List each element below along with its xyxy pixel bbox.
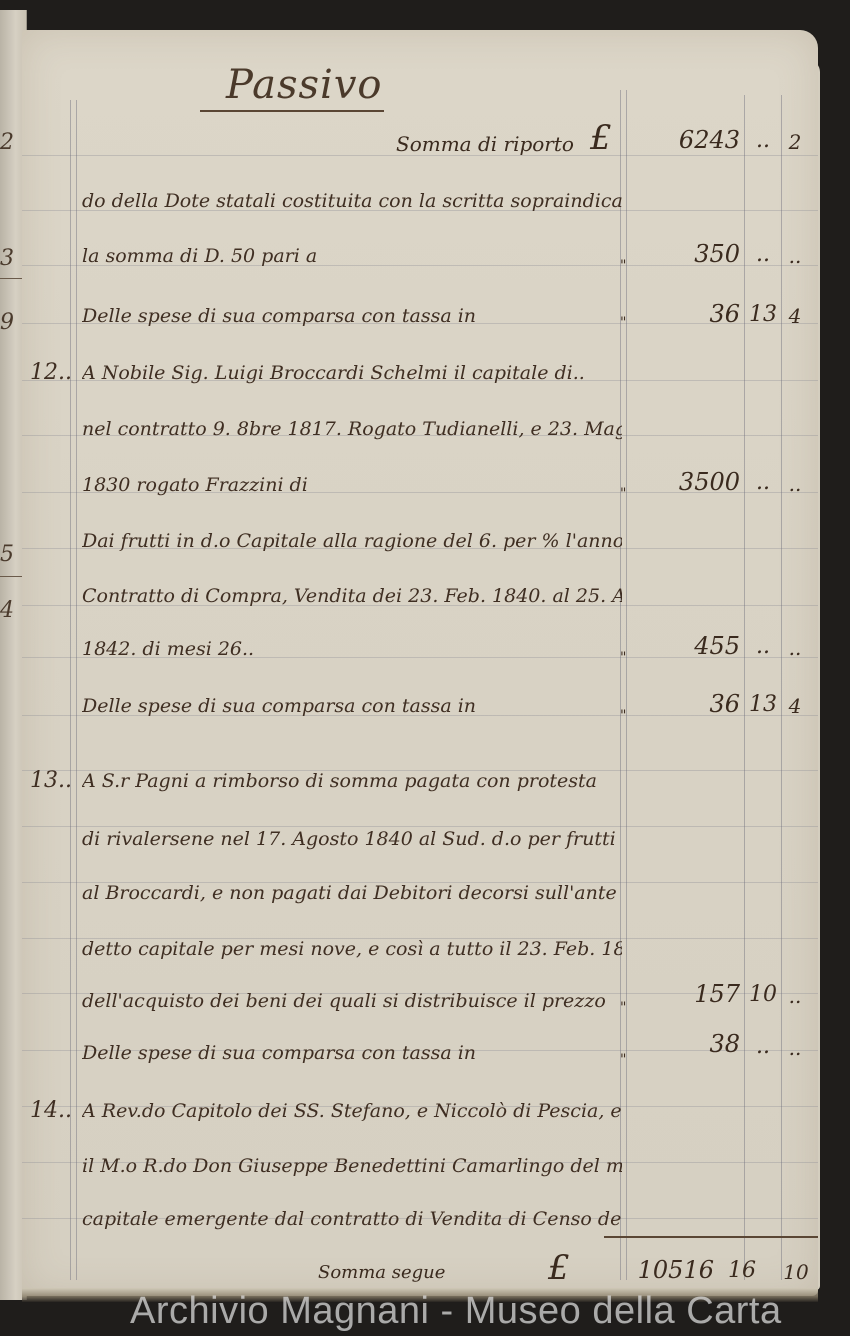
entry-line: Delle spese di sua comparsa con tassa in — [82, 305, 622, 327]
entry-lire: 36 — [640, 300, 740, 328]
title-underline — [200, 110, 384, 112]
entry-line: il M.o R.do Don Giuseppe Benedettini Cam… — [82, 1155, 622, 1177]
margin-column-line — [76, 100, 77, 1280]
margin-number: 3 — [0, 246, 14, 271]
entry-line: dell'acquisto dei beni dei quali si dist… — [82, 990, 622, 1012]
soldi-column-line — [744, 95, 745, 1280]
total-label: Somma segue — [318, 1262, 445, 1283]
entry-number: 12.. — [30, 360, 72, 385]
entry-denari: 4 — [780, 694, 810, 718]
entry-line: Delle spese di sua comparsa con tassa in — [82, 695, 622, 717]
entry-number: 13.. — [30, 768, 72, 793]
entry-number: 14.. — [30, 1098, 72, 1123]
margin-number: 5 — [0, 542, 14, 567]
entry-line: al Broccardi, e non pagati dai Debitori … — [82, 882, 622, 904]
entry-line: Contratto di Compra, Vendita dei 23. Feb… — [82, 585, 622, 607]
entry-line: di rivalersene nel 17. Agosto 1840 al Su… — [82, 828, 622, 850]
ditto-mark: " — [620, 650, 626, 666]
margin-number: 2 — [0, 130, 14, 155]
ditto-mark: " — [620, 315, 626, 331]
entry-line: A S.r Pagni a rimborso di somma pagata c… — [82, 770, 622, 792]
entry-line: A Nobile Sig. Luigi Broccardi Schelmi il… — [82, 362, 622, 384]
carry-forward-denari: 2 — [780, 130, 810, 154]
margin-rule — [0, 576, 24, 577]
entry-lire: 3500 — [640, 468, 740, 496]
entry-lire: 455 — [640, 632, 740, 660]
entry-denari: .. — [780, 1036, 810, 1060]
entry-line: la somma di D. 50 pari a — [82, 245, 622, 267]
entry-line: Delle spese di sua comparsa con tassa in — [82, 1042, 622, 1064]
ditto-mark: " — [620, 486, 626, 502]
denari-column-line — [781, 95, 782, 1280]
entry-lire: 36 — [640, 690, 740, 718]
entry-lire: 38 — [640, 1030, 740, 1058]
entry-soldi: .. — [745, 1034, 781, 1059]
page-title: Passivo — [226, 62, 383, 108]
entry-line: detto capitale per mesi nove, e così a t… — [82, 938, 622, 960]
pound-sign-icon: £ — [590, 118, 612, 158]
entry-line: 1830 rogato Frazzini di — [82, 474, 622, 496]
carry-forward-soldi: .. — [745, 128, 781, 153]
total-rule — [604, 1236, 818, 1238]
entry-soldi: .. — [745, 634, 781, 659]
margin-rule — [0, 278, 24, 279]
entry-denari: .. — [780, 244, 810, 268]
ruled-line — [22, 826, 818, 827]
entry-lire: 157 — [640, 980, 740, 1008]
entry-line: do della Dote statali costituita con la … — [82, 190, 622, 212]
entry-line: 1842. di mesi 26.. — [82, 638, 622, 660]
entry-lire: 350 — [640, 240, 740, 268]
entry-soldi: 13 — [745, 692, 781, 717]
entry-denari: .. — [780, 984, 810, 1008]
ditto-mark: " — [620, 1052, 626, 1068]
entry-soldi: 13 — [745, 302, 781, 327]
pound-sign-icon: £ — [548, 1248, 570, 1288]
entry-line: A Rev.do Capitolo dei SS. Stefano, e Nic… — [82, 1100, 622, 1122]
archive-watermark: Archivio Magnani - Museo della Carta — [130, 1290, 782, 1333]
carry-forward-lire: 6243 — [640, 126, 740, 154]
ditto-mark: " — [620, 708, 626, 724]
ditto-mark: " — [620, 258, 626, 274]
entry-line: capitale emergente dal contratto di Vend… — [82, 1208, 622, 1230]
entry-soldi: .. — [745, 470, 781, 495]
total-soldi: 16 — [722, 1258, 762, 1283]
ditto-mark: " — [620, 1000, 626, 1016]
margin-number: 9 — [0, 310, 14, 335]
entry-soldi: 10 — [745, 982, 781, 1007]
entry-denari: 4 — [780, 304, 810, 328]
entry-denari: .. — [780, 636, 810, 660]
entry-soldi: .. — [745, 242, 781, 267]
total-lire: 10516 — [610, 1256, 714, 1284]
total-denari: 10 — [776, 1260, 816, 1284]
carry-forward-label: Somma di riporto — [396, 132, 574, 156]
entry-denari: .. — [780, 472, 810, 496]
entry-line: Dai frutti in d.o Capitale alla ragione … — [82, 530, 622, 552]
entry-line: nel contratto 9. 8bre 1817. Rogato Tudia… — [82, 418, 622, 440]
margin-number: 4 — [0, 598, 14, 623]
